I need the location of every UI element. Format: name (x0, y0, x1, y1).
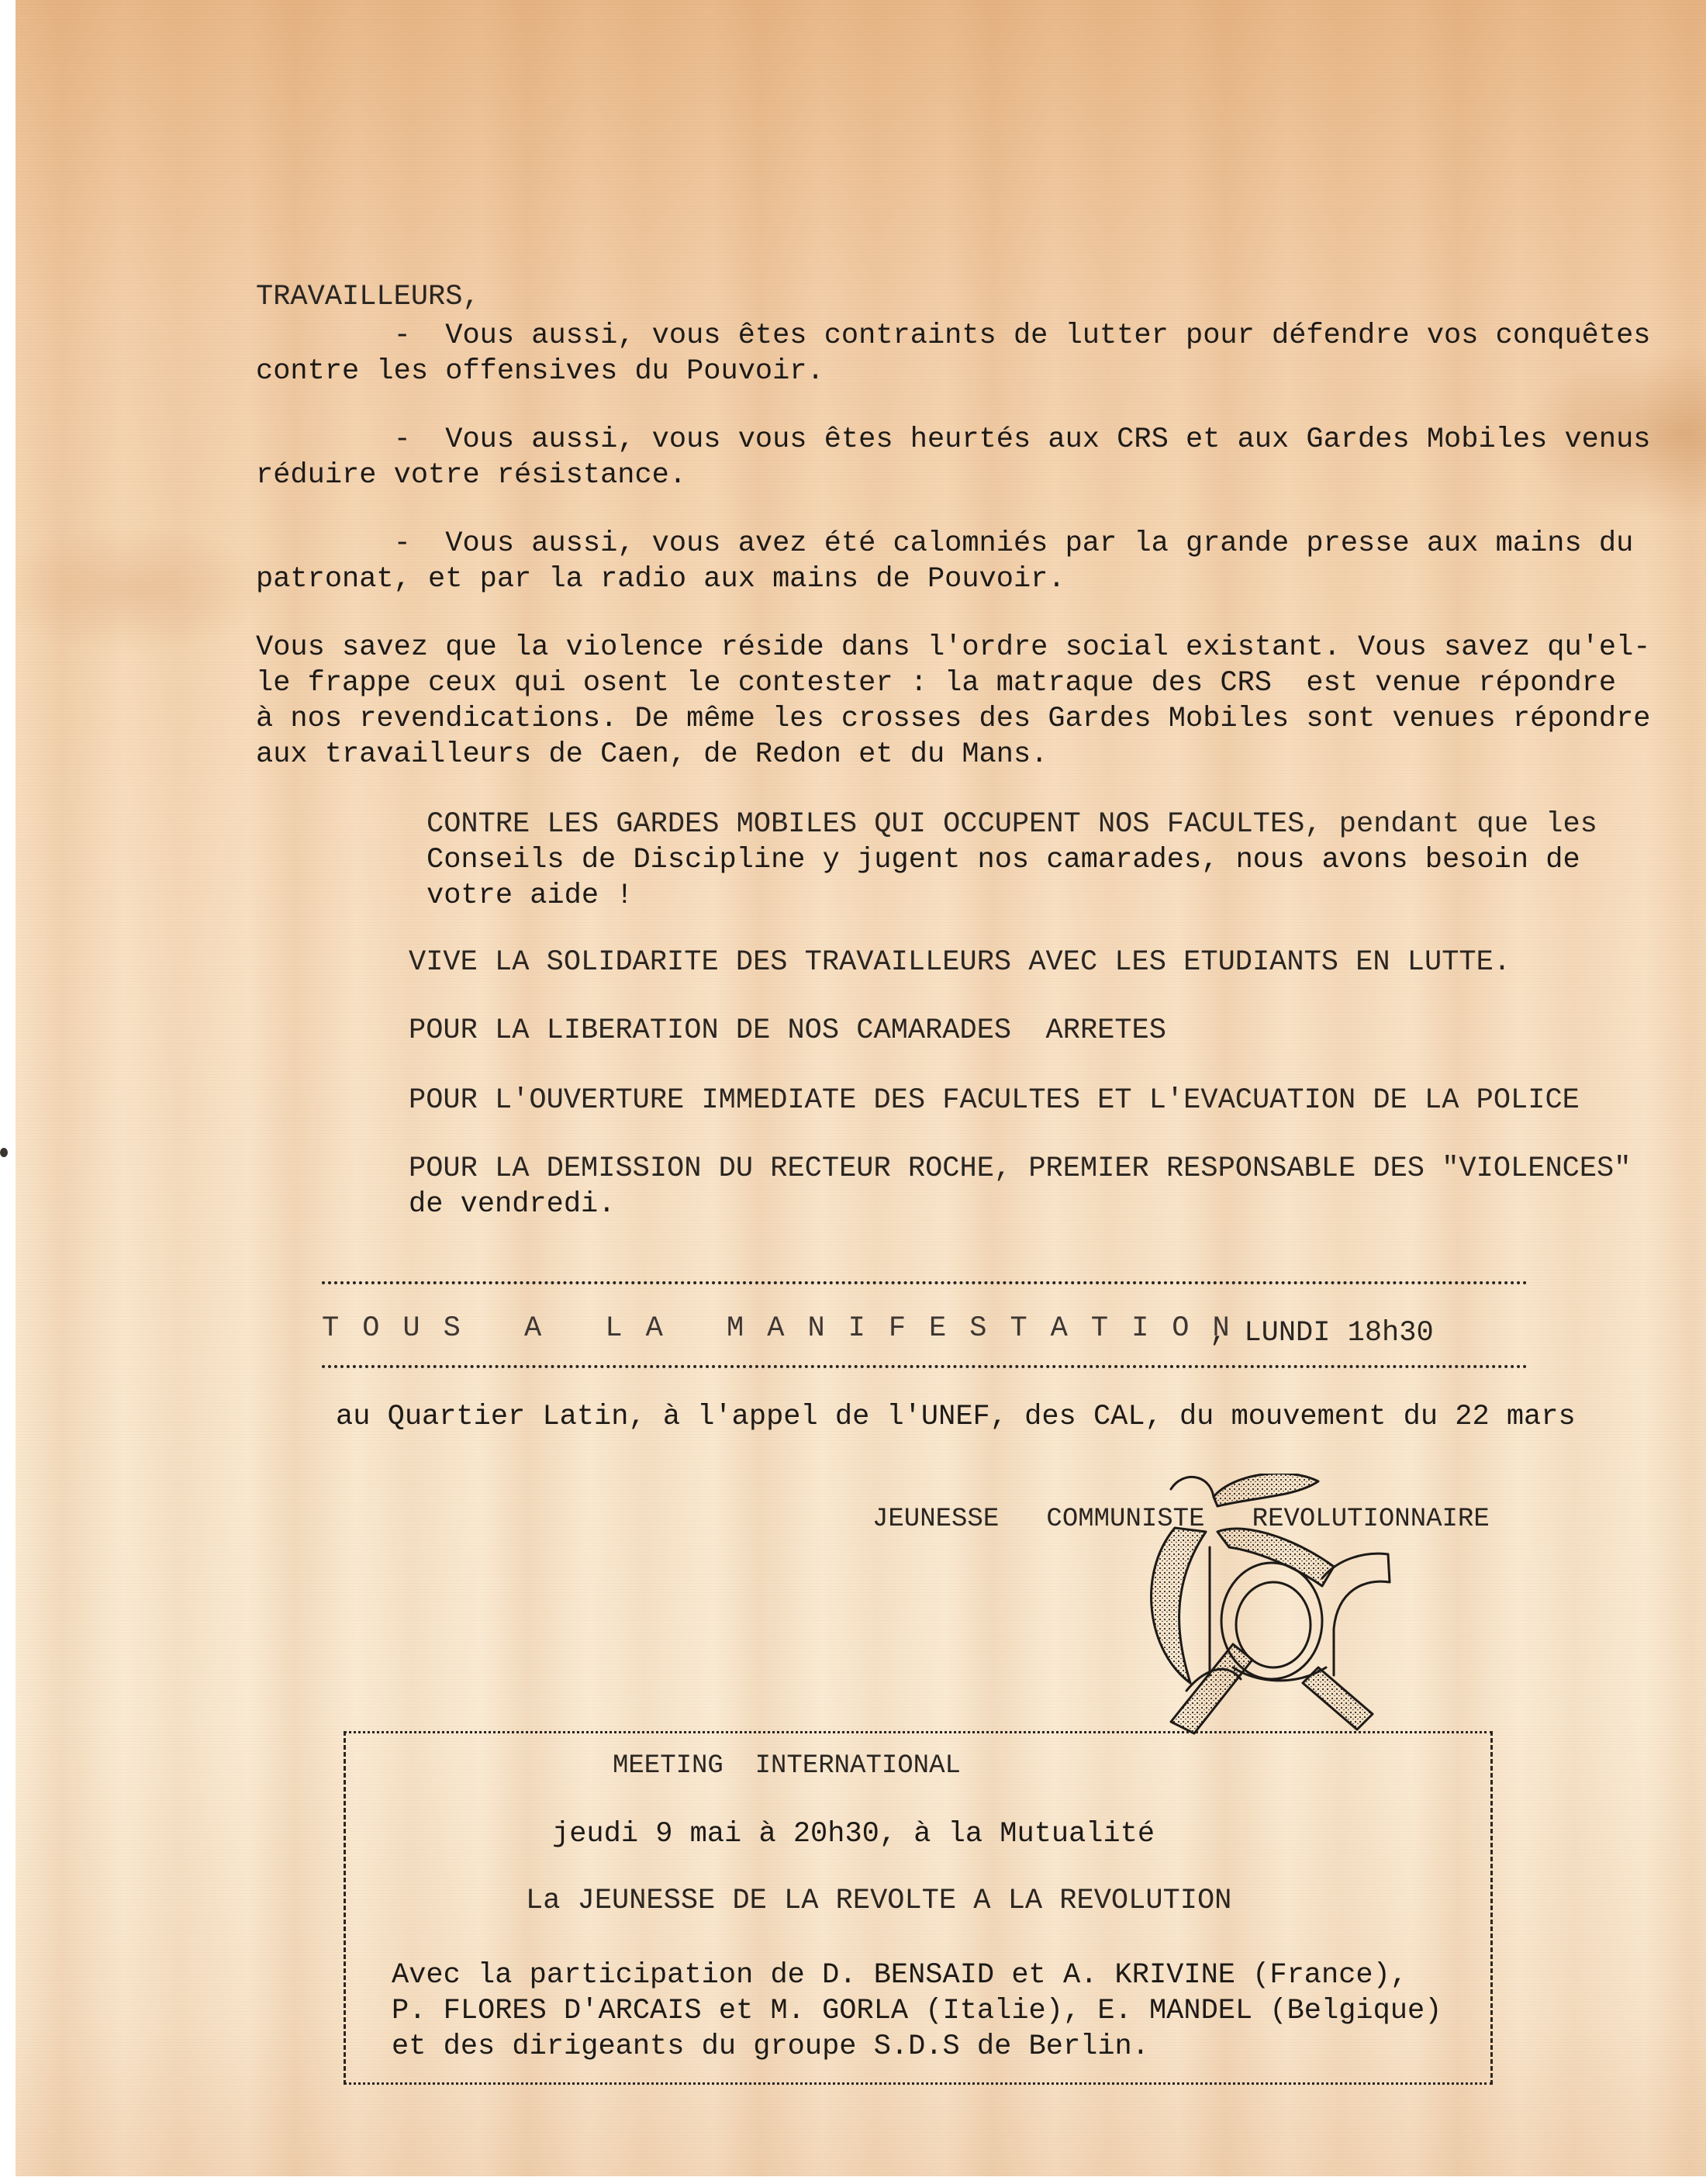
paragraph-line-4: aux travailleurs de Caen, de Redon et du… (256, 737, 1048, 772)
point-3-line-1: - Vous aussi, vous avez été calomniés pa… (256, 526, 1633, 562)
point-1-line-1: - Vous aussi, vous êtes contraints de lu… (256, 318, 1651, 354)
appeal-line-1: CONTRE LES GARDES MOBILES QUI OCCUPENT N… (427, 807, 1597, 842)
slogan-liberation: POUR LA LIBERATION DE NOS CAMARADES ARRE… (409, 1013, 1166, 1049)
manifestation-time: , LUNDI 18h30 (1210, 1315, 1434, 1351)
paragraph-line-3: à nos revendications. De même les crosse… (256, 701, 1651, 737)
appeal-line-2: Conseils de Discipline y jugent nos cama… (427, 842, 1580, 878)
point-3-line-2: patronat, et par la radio aux mains de P… (256, 562, 1065, 597)
meeting-participants-line-2: P. FLORES D'ARCAIS et M. GORLA (Italie),… (392, 1993, 1442, 2029)
point-2-line-1: - Vous aussi, vous vous êtes heurtés aux… (256, 422, 1651, 458)
slogan-reopening: POUR L'OUVERTURE IMMEDIATE DES FACULTES … (409, 1083, 1580, 1118)
slogan-solidarity: VIVE LA SOLIDARITE DES TRAVAILLEURS AVEC… (409, 945, 1511, 980)
slogan-resignation: POUR LA DEMISSION DU RECTEUR ROCHE, PREM… (409, 1151, 1631, 1187)
jcr-emblem-icon (1140, 1474, 1404, 1737)
meeting-theme: La JEUNESSE DE LA REVOLTE A LA REVOLUTIO… (526, 1883, 1231, 1919)
manifestation-headline: TOUS A LA MANIFESTATION (322, 1311, 1253, 1346)
meeting-title: MEETING INTERNATIONAL (613, 1748, 961, 1784)
slogan-resignation-cont: de vendredi. (409, 1187, 615, 1222)
point-2-line-2: réduire votre résistance. (256, 458, 686, 493)
point-1-line-2: contre les offensives du Pouvoir. (256, 354, 824, 389)
meeting-participants-line-3: et des dirigeants du groupe S.D.S de Ber… (392, 2029, 1149, 2065)
meeting-participants-line-1: Avec la participation de D. BENSAID et A… (392, 1958, 1407, 1993)
meeting-datetime: jeudi 9 mai à 20h30, à la Mutualité (552, 1816, 1155, 1852)
salutation: TRAVAILLEURS, (256, 279, 480, 315)
paragraph-line-2: le frappe ceux qui osent le contester : … (256, 665, 1616, 701)
appeal-line-3: votre aide ! (427, 878, 633, 914)
divider-bottom (322, 1365, 1528, 1368)
scan-border (0, 0, 16, 2184)
divider-top (322, 1281, 1528, 1284)
punch-mark (0, 1148, 8, 1157)
paragraph-line-1: Vous savez que la violence réside dans l… (256, 630, 1651, 665)
manifestation-details: au Quartier Latin, à l'appel de l'UNEF, … (336, 1399, 1576, 1435)
